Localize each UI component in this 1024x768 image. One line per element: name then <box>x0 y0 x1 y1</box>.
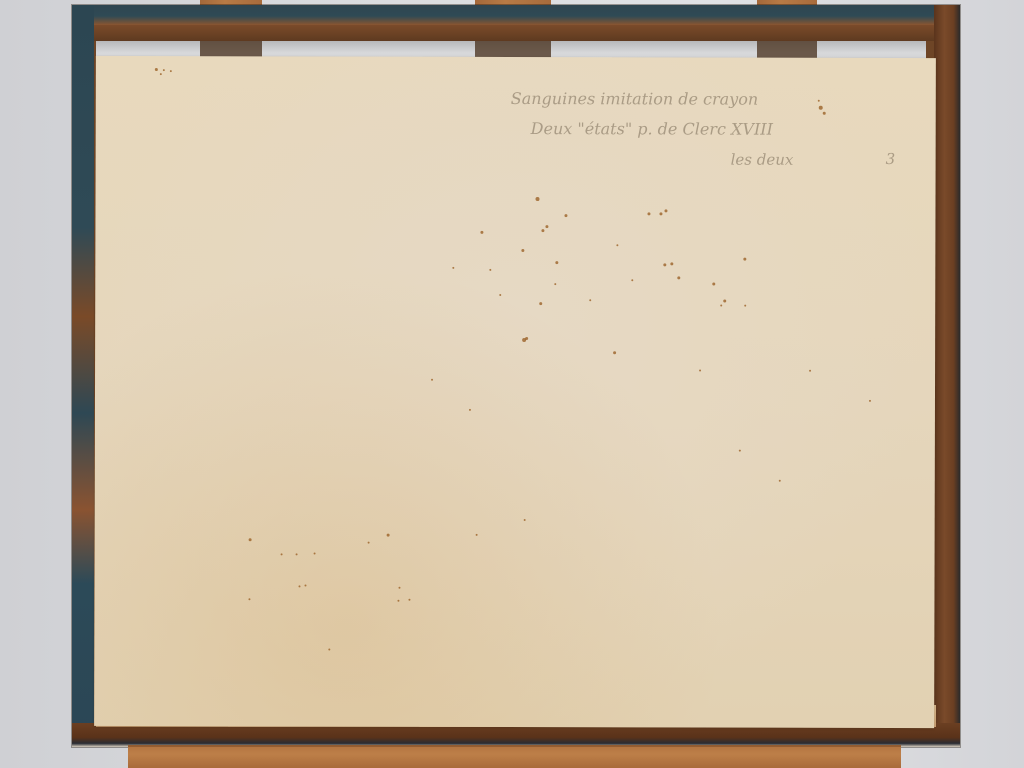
frame-inner-rebate <box>94 25 934 41</box>
foxing-spot <box>163 69 165 71</box>
foxing-spot <box>398 587 400 589</box>
foxing-spot <box>408 599 410 601</box>
foxing-spot <box>368 542 370 544</box>
foxing-spot <box>616 244 618 246</box>
foxing-spot <box>328 649 330 651</box>
foxing-spot <box>535 197 539 201</box>
frame-right-rail <box>934 5 960 747</box>
foxing-spot <box>555 261 558 264</box>
foxing-spot <box>539 302 542 305</box>
foxing-spot <box>720 305 722 307</box>
foxing-spot <box>744 305 746 307</box>
foxing-spot <box>489 269 491 271</box>
foxing-spot <box>476 534 478 536</box>
foxing-spot <box>304 584 306 586</box>
foxing-spot <box>431 379 433 381</box>
foxing-spot <box>819 106 823 110</box>
foxing-spot <box>452 267 454 269</box>
foxing-spot <box>712 282 715 285</box>
foxing-spot <box>739 450 741 452</box>
foxing-spot <box>386 533 389 536</box>
easel-ledge <box>128 745 901 768</box>
foxing-spot <box>521 249 524 252</box>
foxing-spot <box>480 230 483 233</box>
foxing-spot <box>631 279 633 281</box>
foxing-spot <box>281 553 283 555</box>
foxing-spot <box>659 212 662 215</box>
foxing-spot <box>314 552 316 554</box>
foxing-spot <box>564 214 567 217</box>
foxing-spot <box>154 68 157 71</box>
foxing-spot <box>469 409 471 411</box>
foxing-spot <box>298 585 300 587</box>
foxing-spot <box>613 351 616 354</box>
foxing-spot <box>160 73 162 75</box>
foxing-spot <box>647 212 650 215</box>
foxing-spot <box>869 400 871 402</box>
foxing-spot <box>818 100 820 102</box>
foxing-spot <box>670 262 673 265</box>
frame-top-rail <box>72 5 960 25</box>
inscription-line-2: Deux "états" p. de Clerc XVIII <box>531 119 773 139</box>
foxing-spot <box>524 519 526 521</box>
foxing-spot <box>699 369 701 371</box>
frame-left-rail <box>72 5 94 747</box>
paper-backing: Sanguines imitation de crayon Deux "état… <box>94 56 936 728</box>
foxing-spot <box>554 283 556 285</box>
foxing-spot <box>663 263 666 266</box>
foxing-spot <box>545 225 548 228</box>
foxing-spot <box>822 111 825 114</box>
foxing-spot <box>809 370 811 372</box>
foxing-spot <box>248 538 251 541</box>
inscription-line-3: les deux <box>731 151 794 169</box>
foxing-spot <box>677 276 680 279</box>
foxing-spot <box>525 337 528 340</box>
foxing-spot <box>664 209 667 212</box>
foxing-spot <box>499 294 501 296</box>
foxing-spot <box>170 70 172 72</box>
foxing-spot <box>589 299 591 301</box>
foxing-spot <box>723 299 726 302</box>
foxing-spot <box>541 229 544 232</box>
foxing-spot <box>248 598 250 600</box>
foxing-spot <box>296 553 298 555</box>
inscription-line-1: Sanguines imitation de crayon <box>511 89 758 109</box>
inscription-line-4: 3 <box>886 150 896 168</box>
foxing-spot <box>743 257 746 260</box>
foxing-spot <box>397 600 399 602</box>
foxing-spot <box>779 480 781 482</box>
